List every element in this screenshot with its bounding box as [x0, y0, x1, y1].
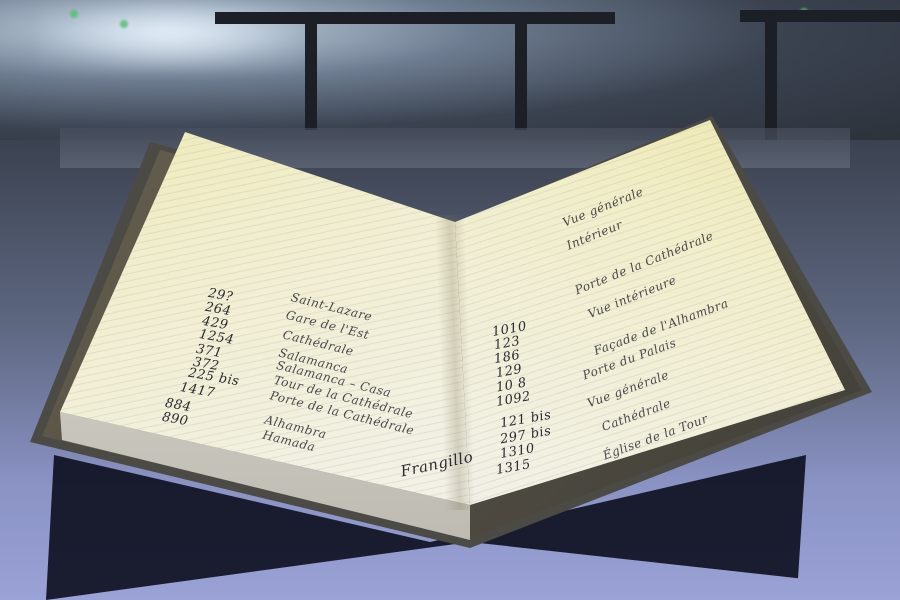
background-light — [40, 0, 300, 70]
background-dot — [70, 10, 78, 18]
photo-scene: 29? 264 429 1254 371 372 225 bis 1417 88… — [0, 0, 900, 600]
background-table-leg — [515, 20, 527, 130]
background-table-top — [740, 10, 900, 22]
background-table-leg — [305, 20, 317, 130]
background-dot — [120, 20, 128, 28]
background-table-top — [215, 12, 615, 24]
